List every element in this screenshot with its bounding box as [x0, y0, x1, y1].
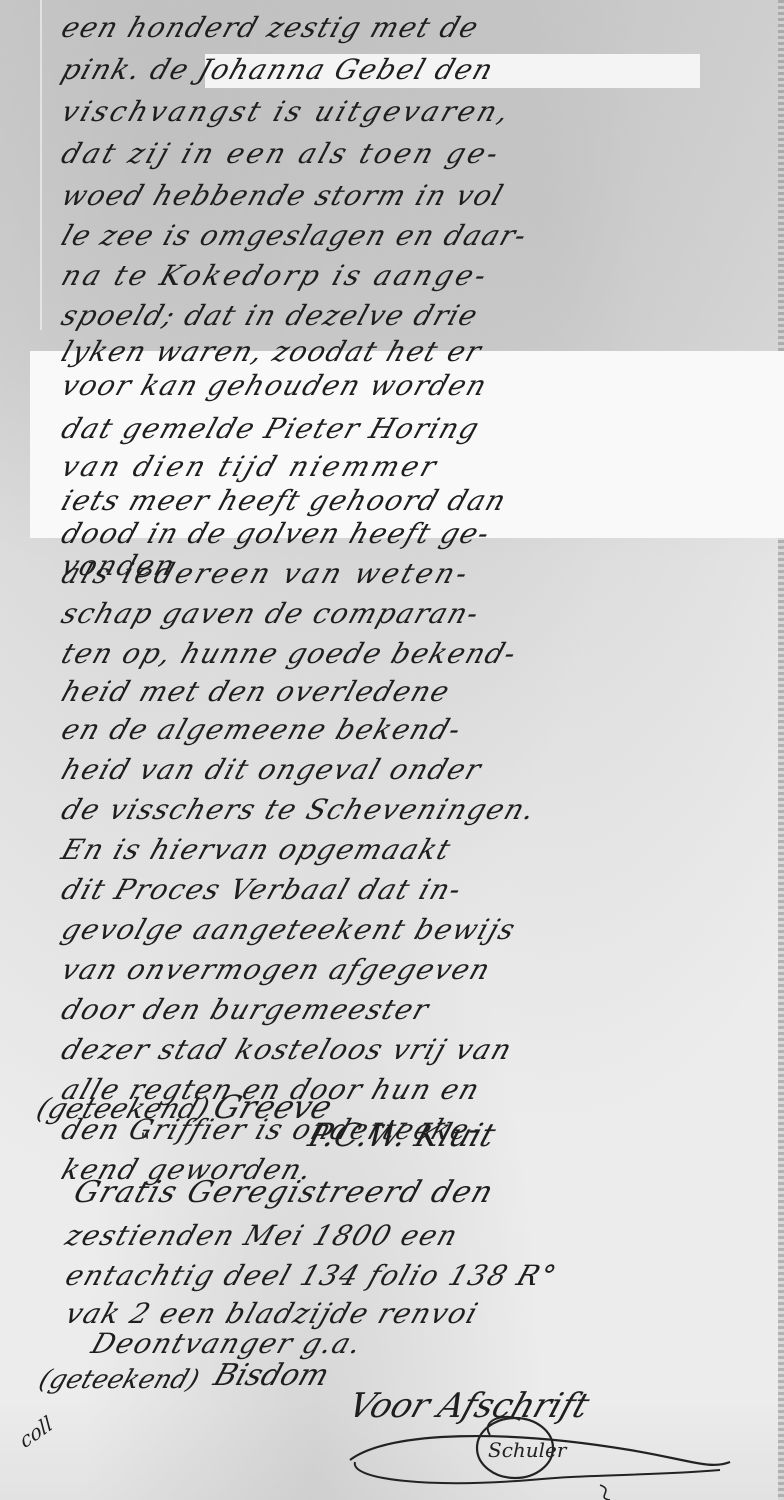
registration-line: Deontvanger g.a. [88, 1330, 366, 1358]
text-line: van onvermogen afgegeven [58, 956, 495, 984]
scan-edge-left [40, 0, 42, 330]
text-line: dit Proces Verbaal dat in- [58, 876, 466, 904]
text-line: de visschers te Scheveningen. [58, 796, 539, 824]
scan-edge-right [778, 0, 784, 1500]
text-line: ten op, hunne goede bekend- [58, 640, 521, 668]
text-line: vischvangst is uitgevaren, [58, 98, 515, 126]
text-line: na te Kokedorp is aange- [58, 262, 493, 290]
text-line: lyken waren, zoodat het er [58, 338, 486, 366]
text-line: iets meer heeft gehoord dan [58, 487, 510, 515]
text-line: dood in de golven heeft ge- [58, 520, 494, 548]
certifying-signature-flourish: Schuler [330, 1410, 750, 1500]
text-line: en de algemeene bekend- [58, 716, 465, 744]
ditto-mark: " [140, 1130, 150, 1155]
signature-kluit: P.C.W. Kluit [304, 1116, 501, 1154]
signature-bisdom: Bisdom [209, 1358, 333, 1393]
text-line: door den burgemeester [58, 996, 433, 1024]
text-line: als iedereen van weten- [58, 560, 474, 588]
registration-line: entachtig deel 134 folio 138 R° [62, 1262, 560, 1290]
text-line: le zee is omgeslagen en daar- [58, 222, 531, 250]
text-line: spoeld; dat in dezelve drie [58, 302, 482, 330]
registration-line: vak 2 een bladzijde renvoi [62, 1300, 482, 1328]
text-line: schap gaven de comparan- [58, 600, 483, 628]
signed-label: (geteekend) [33, 1092, 214, 1125]
text-line: heid met den overledene [58, 678, 454, 706]
svg-text:Schuler: Schuler [488, 1438, 568, 1462]
text-line: een honderd zestig met de [58, 14, 483, 42]
text-line: voor kan gehouden worden [58, 372, 491, 400]
text-line: gevolge aangeteekent bewijs [58, 916, 520, 944]
text-line: pink. de Johanna Gebel den [58, 56, 497, 84]
text-line: En is hiervan opgemaakt [58, 836, 455, 864]
text-line: van dien tijd niemmer [58, 453, 442, 481]
registration-line: zestienden Mei 1800 een [62, 1222, 462, 1250]
text-line: dat gemelde Pieter Horing [58, 415, 483, 443]
text-line: woed hebbende storm in vol [58, 182, 508, 210]
text-line: heid van dit ongeval onder [58, 756, 485, 784]
signed-label-2: (geteekend) [35, 1365, 203, 1395]
registration-line: Gratis Geregistreerd den [70, 1178, 498, 1208]
text-line: dezer stad kosteloos vrij van [58, 1036, 516, 1064]
text-line: dat zij in een als toen ge- [58, 140, 505, 168]
